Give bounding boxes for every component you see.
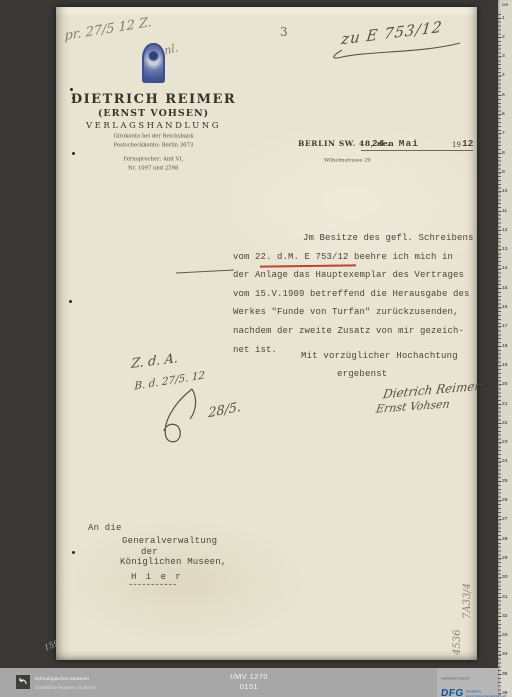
dateline-year: 12: [462, 138, 473, 149]
address-museums: Königlichen Museen,: [120, 557, 226, 567]
footer-reference: I/MV 1270 0151: [0, 672, 498, 692]
punch-hole: [72, 551, 75, 554]
footer-funding: Gefördert durch DFG Deutsche Forschungsg…: [437, 668, 498, 697]
body-line: der Anlage das Hauptexemplar des Vertrag…: [233, 266, 473, 285]
receipt-note: pr. 27/5 12 Z.: [64, 15, 151, 44]
body-line: Werkes "Funde von Turfan" zurückzusenden…: [233, 303, 473, 322]
publisher-name: DIETRICH REIMER: [61, 92, 246, 107]
ruler-number: 24: [502, 460, 508, 464]
letter-page: pr. 27/5 12 Z. 1 Anl. 3 zu E 753/12 DIET…: [56, 7, 477, 660]
ruler-number: 26: [502, 498, 508, 502]
ruler: cm 1234567891011121314151617181920212223…: [498, 0, 512, 697]
ruler-number: 9: [502, 170, 505, 174]
ruler-number: 19: [502, 363, 508, 367]
address-der: der: [141, 547, 158, 557]
ruler-number: 6: [502, 112, 505, 116]
ruler-number: 29: [502, 556, 508, 560]
paraph-flourish: [152, 385, 222, 447]
letterhead-phone-line2: Nr. 1097 und 2598: [128, 166, 178, 170]
dateline-street: Wilhelmstrasse 29: [324, 157, 370, 163]
ruler-number: 16: [502, 305, 508, 309]
body-line: Jm Besitze des gefl. Schreibens: [233, 229, 473, 248]
dateline-day: 24. Mai: [372, 138, 419, 149]
scan-viewport: pr. 27/5 12 Z. 1 Anl. 3 zu E 753/12 DIET…: [0, 0, 512, 697]
ruler-number: 34: [502, 653, 508, 657]
punch-hole: [69, 300, 72, 303]
ruler-number: 4: [502, 74, 505, 78]
ruler-number: 21: [502, 402, 508, 406]
funding-note: Gefördert durch: [441, 676, 469, 681]
ruler-number: 2: [502, 35, 505, 39]
ruler-number: 3: [502, 54, 505, 58]
ruler-number: 30: [502, 575, 508, 579]
ruler-unit-label: cm: [502, 2, 508, 7]
zda-note: Z. d. A.: [131, 351, 179, 372]
page-number: 3: [280, 25, 288, 39]
corner-pencil-note: 159: [43, 638, 61, 652]
letterhead-bank-line2: Postscheckkonto: Berlin 3673: [114, 143, 194, 147]
ruler-number: 23: [502, 440, 508, 444]
footer-ref-line1: I/MV 1270: [0, 672, 498, 682]
publisher-owner: (ERNST VOHSEN): [61, 108, 246, 119]
dateline-year-prefix: 19: [452, 141, 461, 149]
scan-footer-bar: Ethnologisches Museum Staatliche Museen …: [0, 668, 498, 697]
ruler-number: 1: [502, 16, 505, 20]
address-salutation: An die: [88, 523, 122, 533]
ruler-number: 22: [502, 421, 508, 425]
flourish-underline: [328, 40, 468, 62]
punch-hole: [70, 88, 73, 91]
footer-ref-line2: 0151: [0, 682, 498, 692]
letterhead-phone-line1: Fernsprecher: Amt VI,: [124, 157, 184, 161]
body-line: nachdem der zweite Zusatz von mir gezeic…: [233, 322, 473, 341]
closing-word: ergebenst: [337, 369, 387, 379]
publisher-emblem-icon: [142, 43, 165, 83]
ruler-number: 8: [502, 151, 505, 155]
ruler-number: 27: [502, 517, 508, 521]
ruler-number: 33: [502, 633, 508, 637]
ruler-number: 17: [502, 324, 508, 328]
ruler-number: 5: [502, 93, 505, 97]
address-org: Generalverwaltung: [122, 536, 217, 546]
punch-hole: [72, 97, 74, 99]
letterhead: DIETRICH REIMER (ERNST VOHSEN) VERLAGSHA…: [61, 43, 246, 172]
letter-body: Jm Besitze des gefl. Schreibens vom 22. …: [233, 229, 473, 359]
ruler-number: 12: [502, 228, 508, 232]
dfg-logo: DFG Deutsche Forschungsgemeinschaft: [441, 688, 498, 697]
closing-formula: Mit vorzüglicher Hochachtung: [301, 351, 458, 361]
ruler-number: 35: [502, 672, 508, 676]
publisher-business: VERLAGSHANDLUNG: [61, 121, 246, 131]
ruler-number: 28: [502, 537, 508, 541]
ruler-number: 18: [502, 344, 508, 348]
ruler-number: 10: [502, 189, 508, 193]
body-line: vom 15.V.1909 betreffend die Herausgabe …: [233, 285, 473, 304]
ruler-number: 13: [502, 247, 508, 251]
ruler-number: 20: [502, 382, 508, 386]
ruler-number: 7: [502, 131, 505, 135]
ruler-number: 15: [502, 286, 508, 290]
punch-hole: [72, 152, 75, 155]
shelfmark-note-2: 4536: [452, 630, 463, 655]
address-underline: -----------: [128, 580, 176, 590]
letterhead-bank-line1: Girokonto bei der Reichsbank: [114, 134, 194, 138]
ruler-number: 32: [502, 614, 508, 618]
ruler-number: 31: [502, 595, 508, 599]
ruler-number: 14: [502, 267, 508, 271]
ruler-number: 11: [502, 209, 507, 213]
margin-dash-mark: [176, 269, 234, 273]
ruler-number: 25: [502, 479, 508, 483]
shelfmark-note-1: 7A33/4: [462, 583, 473, 619]
dfg-acronym: DFG: [440, 688, 464, 697]
dfg-text-line1: Deutsche: [466, 690, 506, 692]
